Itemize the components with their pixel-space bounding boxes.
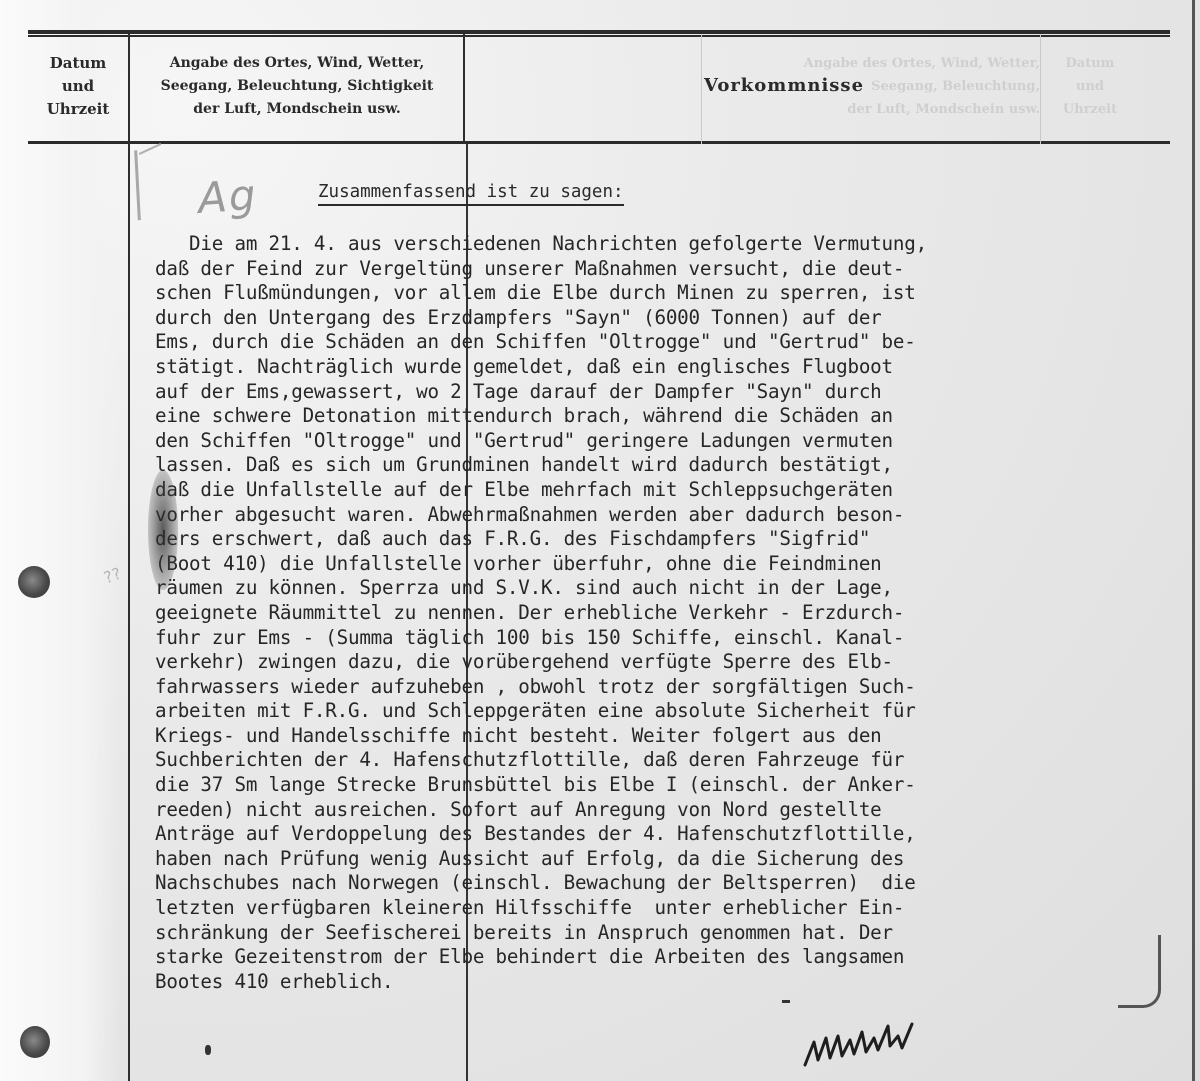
text-line: Bootes 410 erheblich. [155, 970, 1195, 995]
header-top-rule-thin [28, 35, 1170, 37]
typed-body-text: Die am 21. 4. aus verschiedenen Nachrich… [155, 232, 1195, 994]
ghost-column-divider [1040, 34, 1041, 144]
header-datum-line: Uhrzeit [30, 98, 126, 121]
text-line: starke Gezeitenstrom der Elbe behindert … [155, 945, 1195, 970]
text-line: reeden) nicht ausreichen. Sofort auf Anr… [155, 798, 1195, 823]
ghost-header-angabe: Angabe des Ortes, Wind, Wetter, Seegang,… [720, 52, 1040, 121]
text-line: schen Flußmündungen, vor allem die Elbe … [155, 281, 1195, 306]
text-line: letzten verfügbaren kleineren Hilfsschif… [155, 896, 1195, 921]
punch-hole [20, 1026, 50, 1058]
text-line: haben nach Prüfung wenig Aussicht auf Er… [155, 847, 1195, 872]
ghost-header-line: Seegang, Beleuchtung, [720, 75, 1040, 98]
ink-mark [782, 1000, 790, 1003]
text-line: daß der Feind zur Vergeltüng unserer Maß… [155, 257, 1195, 282]
header-angabe-line: Seegang, Beleuchtung, Sichtigkeit [133, 75, 461, 98]
ghost-header-line: und [1045, 75, 1135, 98]
pencil-bracket-mark [134, 150, 151, 221]
ghost-header-line: Datum [1045, 52, 1135, 75]
pencil-closing-bracket [1118, 935, 1161, 1008]
handwritten-signature [800, 1020, 1000, 1070]
text-line: daß die Unfallstelle auf der Elbe mehrfa… [155, 478, 1195, 503]
scanned-document-page: Datum und Uhrzeit Angabe des Ortes, Wind… [0, 0, 1200, 1081]
header-bottom-rule [28, 141, 1170, 144]
text-line: arbeiten mit F.R.G. und Schleppgeräten e… [155, 699, 1195, 724]
text-line: schränkung der Seefischerei bereits in A… [155, 921, 1195, 946]
text-line: fahrwassers wieder aufzuheben , obwohl t… [155, 675, 1195, 700]
ghost-column-divider [701, 34, 702, 144]
ink-mark [205, 1045, 211, 1055]
text-line: Kriegs- und Handelsschiffe nicht besteht… [155, 724, 1195, 749]
text-line: Suchberichten der 4. Hafenschutzflottill… [155, 748, 1195, 773]
text-line: Nachschubes nach Norwegen (einschl. Bewa… [155, 871, 1195, 896]
pencil-annotation: Ag [196, 170, 259, 223]
text-line: lassen. Daß es sich um Grundminen handel… [155, 453, 1195, 478]
header-datum-line: und [30, 75, 126, 98]
angabe-column-divider [463, 34, 465, 144]
ghost-header-datum: Datum und Uhrzeit [1045, 52, 1135, 121]
text-line: Die am 21. 4. aus verschiedenen Nachrich… [155, 232, 1195, 257]
header-angabe-des-ortes: Angabe des Ortes, Wind, Wetter, Seegang,… [133, 52, 461, 121]
ghost-header-line: Uhrzeit [1045, 98, 1135, 121]
header-datum-und-uhrzeit: Datum und Uhrzeit [30, 52, 126, 121]
text-line: eine schwere Detonation mittendurch brac… [155, 404, 1195, 429]
header-top-rule [28, 30, 1170, 34]
text-line: Ems, durch die Schäden an den Schiffen "… [155, 330, 1195, 355]
header-datum-line: Datum [30, 52, 126, 75]
text-line: räumen zu können. Sperrza und S.V.K. sin… [155, 576, 1195, 601]
section-heading: Zusammenfassend ist zu sagen: [318, 182, 624, 206]
ghost-header-line: Angabe des Ortes, Wind, Wetter, [720, 52, 1040, 75]
text-line: auf der Ems,gewassert, wo 2 Tage darauf … [155, 380, 1195, 405]
text-line: geeignete Räummittel zu nennen. Der erhe… [155, 601, 1195, 626]
text-line: den Schiffen "Oltrogge" und "Gertrud" ge… [155, 429, 1195, 454]
text-line: vorher abgesucht waren. Abwehrmaßnahmen … [155, 503, 1195, 528]
text-line: (Boot 410) die Unfallstelle vorher überf… [155, 552, 1195, 577]
text-line: durch den Untergang des Erzdampfers "Say… [155, 306, 1195, 331]
header-angabe-line: Angabe des Ortes, Wind, Wetter, [133, 52, 461, 75]
punch-hole [18, 566, 50, 598]
text-line: ders erschwert, daß auch das F.R.G. des … [155, 527, 1195, 552]
text-line: fuhr zur Ems - (Summa täglich 100 bis 15… [155, 626, 1195, 651]
text-line: die 37 Sm lange Strecke Brunsbüttel bis … [155, 773, 1195, 798]
datum-column-divider [128, 34, 130, 1081]
text-line: Anträge auf Verdoppelung des Bestandes d… [155, 822, 1195, 847]
left-margin [0, 0, 120, 1081]
header-angabe-line: der Luft, Mondschein usw. [133, 98, 461, 121]
ink-smudge [148, 470, 178, 590]
ghost-header-line: der Luft, Mondschein usw. [720, 98, 1040, 121]
text-line: verkehr) zwingen dazu, die vorübergehend… [155, 650, 1195, 675]
text-line: stätigt. Nachträglich wurde gemeldet, da… [155, 355, 1195, 380]
